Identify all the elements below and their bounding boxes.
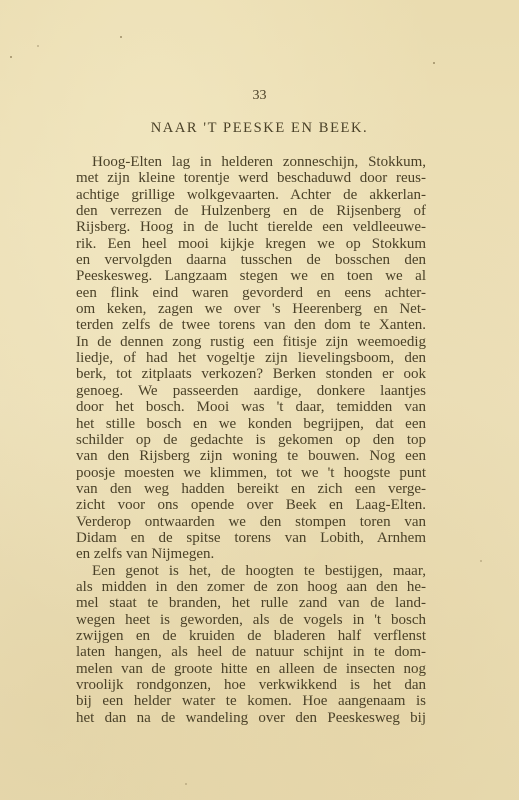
text-line: en zelfs van Nijmegen. xyxy=(76,546,426,562)
text-line: en vervolgden daarna tusschen de bossche… xyxy=(76,252,426,268)
text-line: rik. Een heel mooi kijkje kregen we op S… xyxy=(76,236,426,252)
paper-speck xyxy=(433,62,435,64)
page-number: 33 xyxy=(0,88,519,104)
chapter-title: NAAR 'T PEESKE EN BEEK. xyxy=(0,120,519,137)
text-line: den verrezen de Hulzenberg en de Rijsenb… xyxy=(76,203,426,219)
text-line: Een genot is het, de hoogten te bestijge… xyxy=(76,563,426,579)
paper-speck xyxy=(185,783,187,785)
text-line: als midden in den zomer de zon hoog aan … xyxy=(76,579,426,595)
paragraph: Een genot is het, de hoogten te bestijge… xyxy=(76,563,426,726)
book-page: 33 NAAR 'T PEESKE EN BEEK. Hoog-Elten la… xyxy=(0,0,519,800)
text-line: Hoog-Elten lag in helderen zonneschijn, … xyxy=(76,154,426,170)
text-line: poosje moesten we klimmen, tot we 't hoo… xyxy=(76,465,426,481)
text-line: berk, tot zitplaats verkozen? Berken sto… xyxy=(76,366,426,382)
text-line: vroolijk rondgonzen, hoe verkwikkend is … xyxy=(76,677,426,693)
text-line: wegen heet is geworden, als de vogels in… xyxy=(76,612,426,628)
text-line: terden zelfs de twee torens van den dom … xyxy=(76,317,426,333)
paper-speck xyxy=(10,56,12,58)
text-line: zicht voor ons opende over Beek en Laag-… xyxy=(76,497,426,513)
text-line: Peeskesweg. Langzaam stegen we en toen w… xyxy=(76,268,426,284)
text-line: een flink eind waren gevorderd en eens a… xyxy=(76,285,426,301)
paragraph: Hoog-Elten lag in helderen zonneschijn, … xyxy=(76,154,426,563)
paper-speck xyxy=(37,45,39,47)
text-line: zwijgen en de kruiden de bladeren half v… xyxy=(76,628,426,644)
text-line: het dan na de wandeling over den Peeskes… xyxy=(76,710,426,726)
text-line: Verderop ontwaarden we den stompen toren… xyxy=(76,514,426,530)
text-line: bij een helder water te komen. Hoe aange… xyxy=(76,693,426,709)
text-line: liedje, of had het vogeltje zijn lieveli… xyxy=(76,350,426,366)
text-line: melen van de groote hitte en alleen de i… xyxy=(76,661,426,677)
text-line: schilder op de gedachte is gekomen op de… xyxy=(76,432,426,448)
text-line: genoeg. We passeerden aardige, donkere l… xyxy=(76,383,426,399)
text-line: van den Rijsberg zijn woning te bouwen. … xyxy=(76,448,426,464)
text-line: om keken, zagen we over 's Heerenberg en… xyxy=(76,301,426,317)
text-line: van den weg hadden bereikt en zich een v… xyxy=(76,481,426,497)
text-line: Rijsberg. Hoog in de lucht tierelde een … xyxy=(76,219,426,235)
text-line: Didam en de spitse torens van Lobith, Ar… xyxy=(76,530,426,546)
text-line: door het bosch. Mooi was 't daar, temidd… xyxy=(76,399,426,415)
paper-speck xyxy=(120,36,122,38)
text-line: laten hangen, als heel de natuur schijnt… xyxy=(76,644,426,660)
text-line: met zijn kleine torentje werd beschaduwd… xyxy=(76,170,426,186)
paper-speck xyxy=(480,560,482,562)
body-text: Hoog-Elten lag in helderen zonneschijn, … xyxy=(76,154,426,726)
text-line: mel staat te branden, het rulle zand van… xyxy=(76,595,426,611)
text-line: achtige grillige wolkgevaarten. Achter d… xyxy=(76,187,426,203)
text-line: het stille bosch en we konden begrijpen,… xyxy=(76,416,426,432)
text-line: In de dennen zong rustig een fitisje zij… xyxy=(76,334,426,350)
